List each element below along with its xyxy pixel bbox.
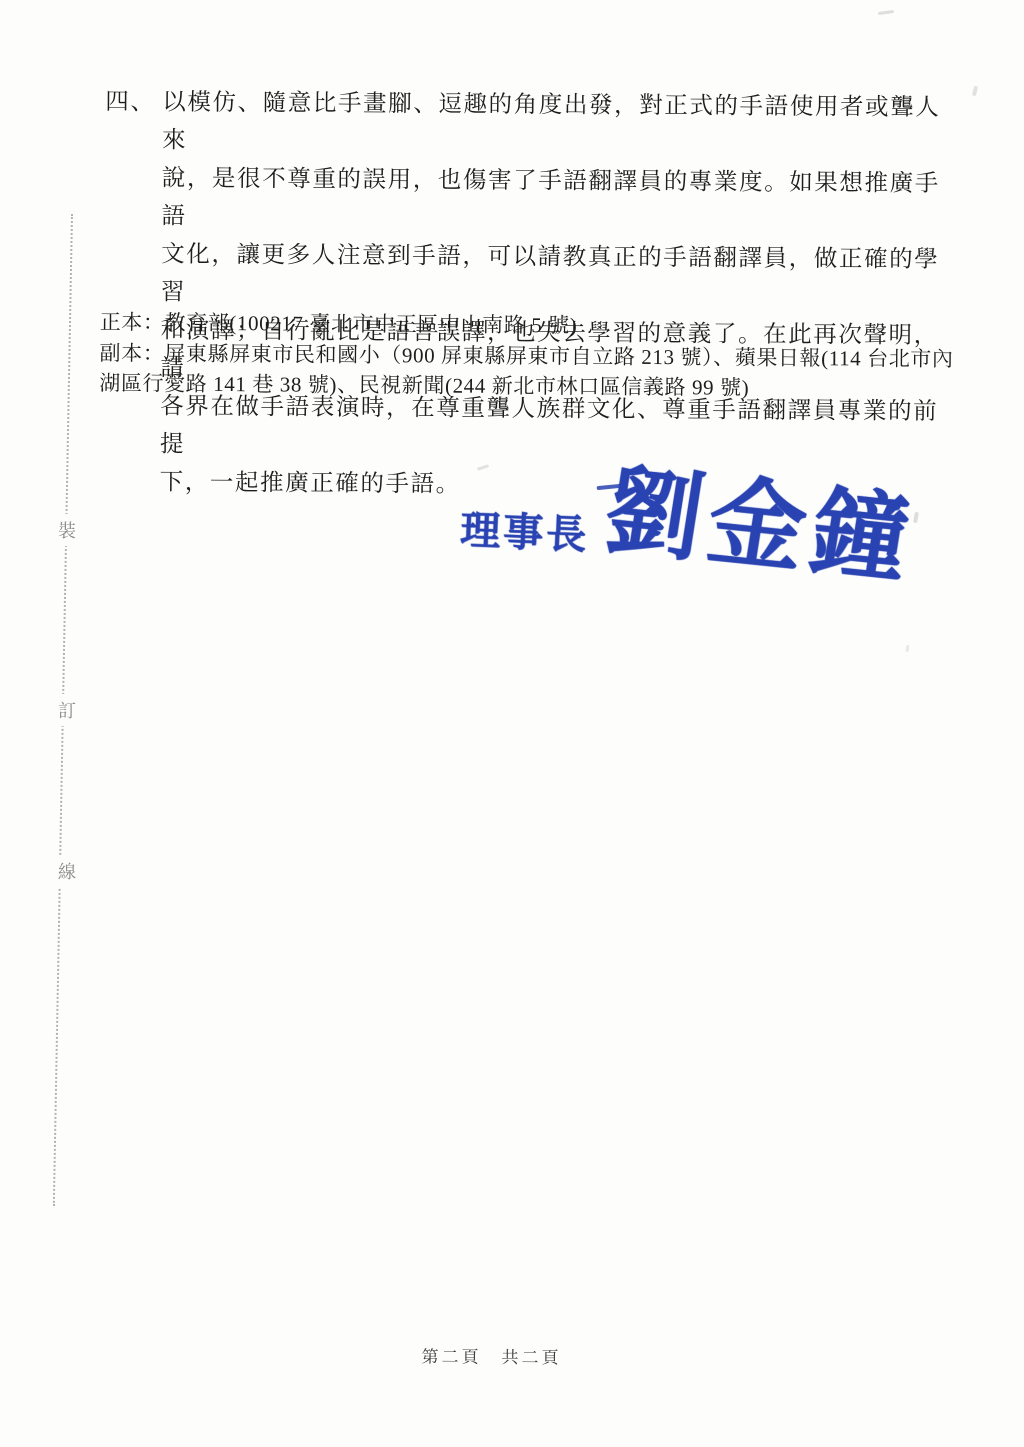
paragraph-text: 以模仿、隨意比手畫腳、逗趣的角度出發，對正式的手語使用者或聾人來 說，是很不尊重… (160, 84, 951, 507)
paragraph-line: 以模仿、隨意比手畫腳、逗趣的角度出發，對正式的手語使用者或聾人來 (162, 84, 951, 165)
document-page: 裝 訂 線 四、 以模仿、隨意比手畫腳、逗趣的角度出發，對正式的手語使用者或聾人… (0, 0, 1024, 1447)
recipients-block: 正本：教育部(100217 臺北市中正區中山南路 5 號) 副本：屏東縣屏東市民… (99, 307, 960, 405)
paragraph-number: 四、 (103, 83, 163, 501)
paragraph-line: 說，是很不尊重的誤用，也傷害了手語翻譯員的專業度。如果想推廣手語 (161, 160, 950, 241)
paragraph-line: 文化，讓更多人注意到手語，可以請教真正的手語翻譯員，做正確的學習 (161, 236, 950, 317)
stamp-name: 劉金鐘 (598, 460, 921, 593)
stamp: 理事長 劉金鐘 (460, 474, 915, 579)
page-footer: 第二頁 共二頁 (421, 1342, 561, 1368)
copy-recipient-line: 湖區行愛路 141 巷 38 號)、民視新聞(244 新北市林口區信義路 99 … (99, 368, 959, 405)
body-paragraph: 四、 以模仿、隨意比手畫腳、逗趣的角度出發，對正式的手語使用者或聾人來 說，是很… (103, 83, 951, 507)
stamp-title: 理事長 (459, 498, 590, 560)
scanned-content: 四、 以模仿、隨意比手畫腳、逗趣的角度出發，對正式的手語使用者或聾人來 說，是很… (0, 0, 1024, 1447)
